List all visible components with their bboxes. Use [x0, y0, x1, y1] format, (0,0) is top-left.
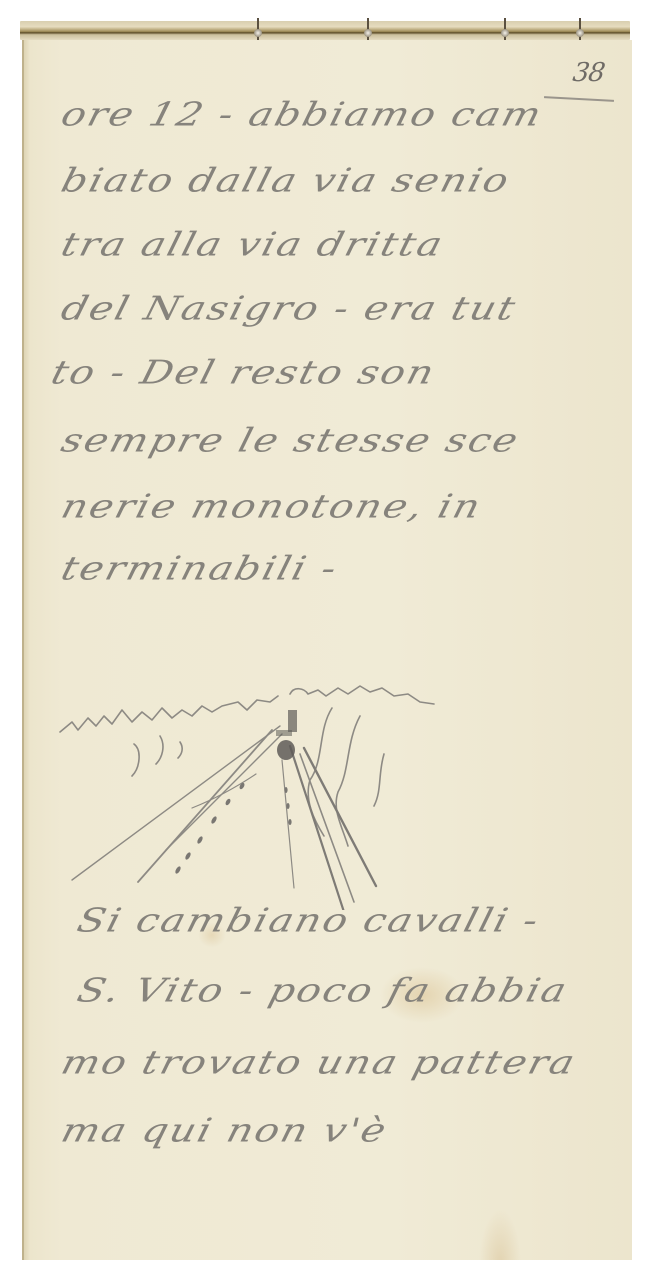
handwritten-line: S. Vito - poco fa abbia — [73, 972, 572, 1010]
page-number-underline — [544, 96, 614, 102]
handwritten-line: sempre le stesse sce — [57, 422, 523, 460]
handwritten-line: del Nasigro - era tut — [57, 290, 520, 328]
handwritten-line: terminabili - — [57, 550, 342, 588]
handwritten-line: ma qui non v'è — [57, 1112, 391, 1150]
page-number: 38 — [571, 58, 606, 88]
handwritten-line: ore 12 - abbiamo cam — [57, 96, 546, 134]
handwritten-line: Si cambiano cavalli - — [73, 902, 544, 940]
road-landscape-sketch — [42, 650, 462, 910]
notebook-binding-edge — [20, 21, 630, 40]
handwritten-line: mo trovato una pattera — [57, 1044, 580, 1082]
notebook-page: 38 ore 12 - abbiamo cam biato dalla via … — [22, 40, 632, 1260]
handwritten-line: biato dalla via senio — [57, 162, 514, 200]
handwritten-line: tra alla via dritta — [57, 226, 448, 264]
handwritten-line: nerie monotone, in — [57, 488, 486, 526]
scanned-notebook-page: 38 ore 12 - abbiamo cam biato dalla via … — [0, 0, 650, 1280]
handwritten-line: to - Del resto son — [47, 354, 439, 392]
